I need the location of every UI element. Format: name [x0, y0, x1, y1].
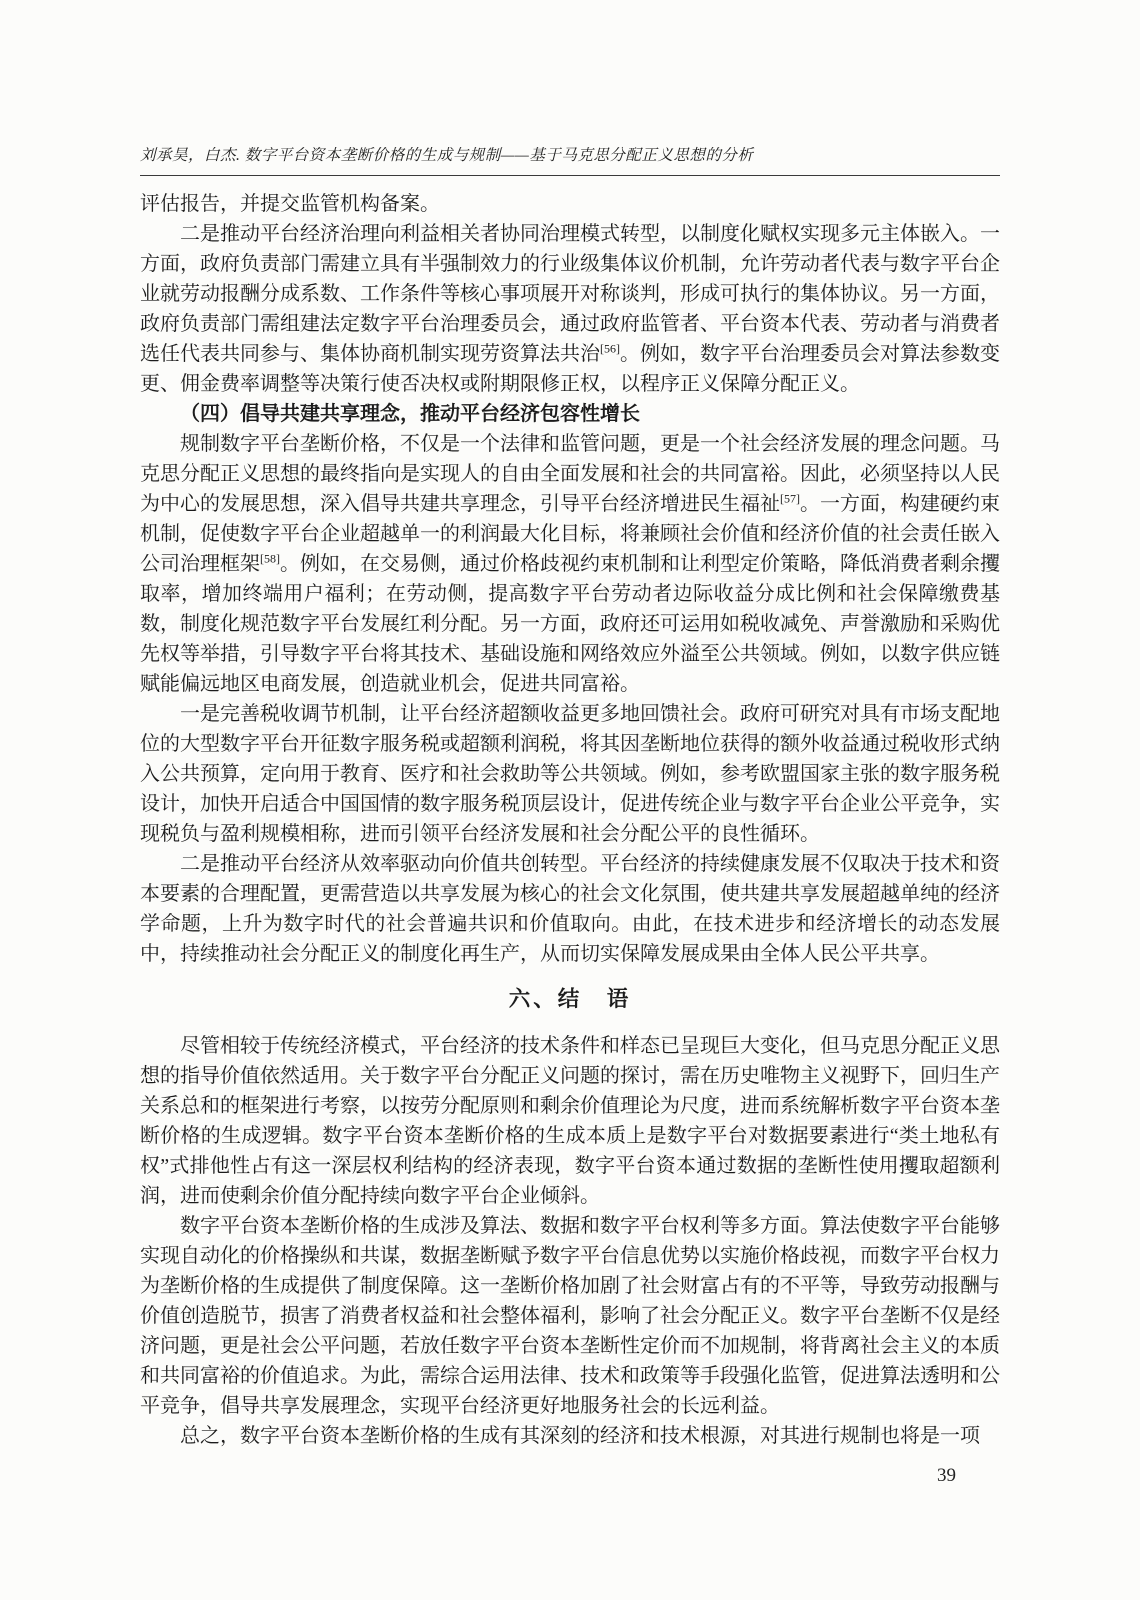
text-run: 二是推动平台经济从效率驱动向价值共创转型。平台经济的持续健康发展不仅取决于技术和… — [140, 853, 1000, 965]
text-run: 。例如，在交易侧，通过价格歧视约束机制和让利型定价策略，降低消费者剩余攫取率，增… — [140, 553, 1000, 695]
page-header: 刘承昊，白杰. 数字平台资本垄断价格的生成与规制——基于马克思分配正义思想的分析 — [140, 0, 1000, 176]
text-run: （四）倡导共建共享理念，推动平台经济包容性增长 — [180, 403, 640, 425]
subheading: （四）倡导共建共享理念，推动平台经济包容性增长 — [140, 399, 1000, 429]
footnote-ref: [56] — [600, 341, 620, 355]
paragraph: 总之，数字平台资本垄断价格的生成有其深刻的经济和技术根源，对其进行规制也将是一项 — [140, 1421, 1000, 1451]
text-run: 尽管相较于传统经济模式，平台经济的技术条件和样态已呈现巨大变化，但马克思分配正义… — [140, 1035, 1000, 1207]
paragraph: 一是完善税收调节机制，让平台经济超额收益更多地回馈社会。政府可研究对具有市场支配… — [140, 699, 1000, 849]
text-run: 六、结 语 — [509, 987, 632, 1011]
footnote-ref: [57] — [780, 491, 800, 505]
paragraph: 尽管相较于传统经济模式，平台经济的技术条件和样态已呈现巨大变化，但马克思分配正义… — [140, 1031, 1000, 1211]
article-body: 评估报告，并提交监管机构备案。二是推动平台经济治理向利益相关者协同治理模式转型，… — [140, 189, 1000, 1451]
paragraph: 二是推动平台经济治理向利益相关者协同治理模式转型，以制度化赋权实现多元主体嵌入。… — [140, 219, 1000, 399]
text-run: 总之，数字平台资本垄断价格的生成有其深刻的经济和技术根源，对其进行规制也将是一项 — [180, 1425, 980, 1447]
paragraph: 数字平台资本垄断价格的生成涉及算法、数据和数字平台权利等多方面。算法使数字平台能… — [140, 1211, 1000, 1421]
section-title: 六、结 语 — [140, 984, 1000, 1014]
journal-page: 刘承昊，白杰. 数字平台资本垄断价格的生成与规制——基于马克思分配正义思想的分析… — [0, 0, 1140, 1600]
footnote-ref: [58] — [260, 551, 280, 565]
text-run: 一是完善税收调节机制，让平台经济超额收益更多地回馈社会。政府可研究对具有市场支配… — [140, 703, 1000, 845]
paragraph: 规制数字平台垄断价格，不仅是一个法律和监管问题，更是一个社会经济发展的理念问题。… — [140, 429, 1000, 699]
text-run: 评估报告，并提交监管机构备案。 — [140, 193, 440, 215]
text-run: 数字平台资本垄断价格的生成涉及算法、数据和数字平台权利等多方面。算法使数字平台能… — [140, 1215, 1000, 1417]
page-number: 39 — [140, 1465, 1000, 1487]
paragraph: 二是推动平台经济从效率驱动向价值共创转型。平台经济的持续健康发展不仅取决于技术和… — [140, 849, 1000, 969]
running-head: 刘承昊，白杰. 数字平台资本垄断价格的生成与规制——基于马克思分配正义思想的分析 — [140, 146, 1000, 176]
paragraph: 评估报告，并提交监管机构备案。 — [140, 189, 1000, 219]
